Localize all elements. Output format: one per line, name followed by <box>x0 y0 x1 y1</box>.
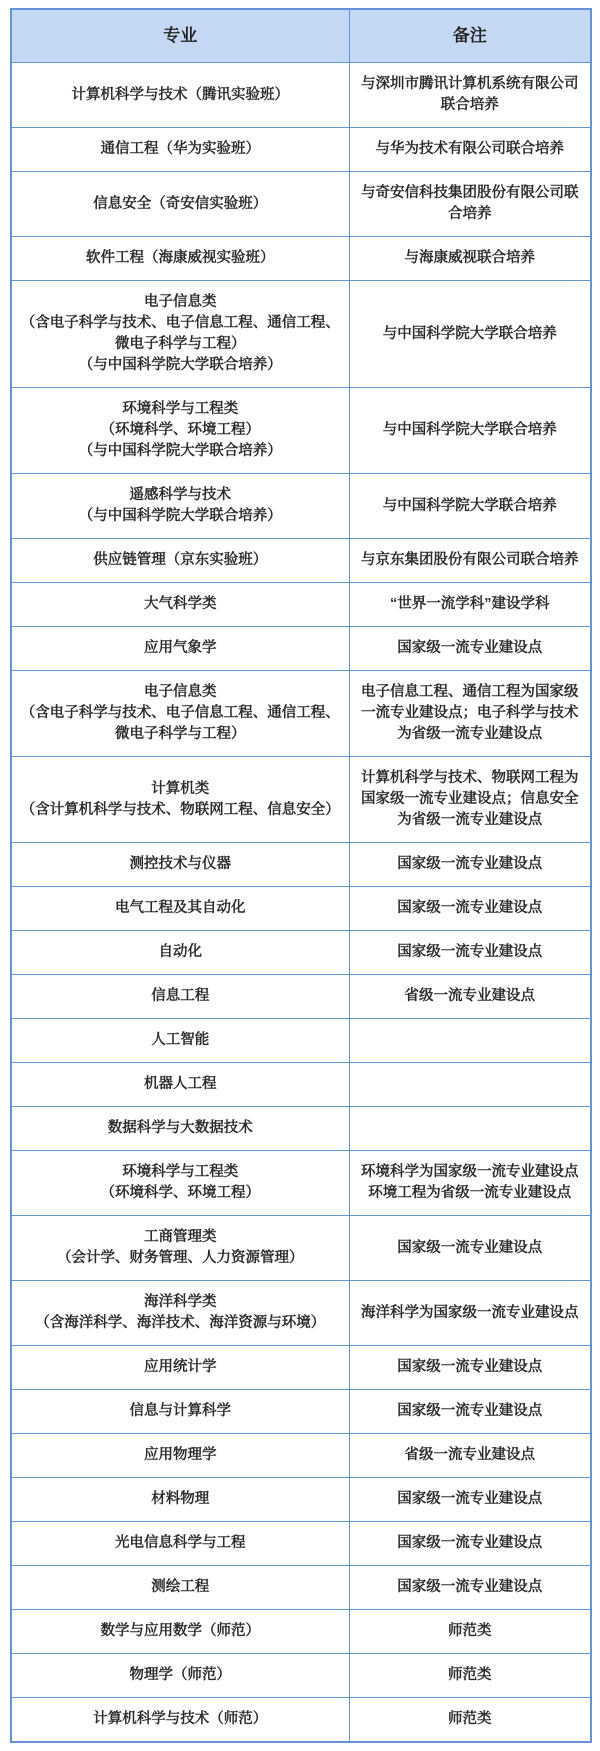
table-row: 机器人工程 <box>11 1063 591 1107</box>
major-cell: 计算机科学与技术（师范） <box>11 1698 349 1743</box>
note-cell: 国家级一流专业建设点 <box>349 1390 591 1434</box>
column-header-note: 备注 <box>349 9 591 63</box>
table-row: 材料物理国家级一流专业建设点 <box>11 1478 591 1522</box>
major-cell: 应用物理学 <box>11 1434 349 1478</box>
table-row: 电子信息类 （含电子科学与技术、电子信息工程、通信工程、 微电子科学与工程）电子… <box>11 671 591 757</box>
table-row: 光电信息科学与工程国家级一流专业建设点 <box>11 1522 591 1566</box>
major-cell: 光电信息科学与工程 <box>11 1522 349 1566</box>
table-row: 应用统计学国家级一流专业建设点 <box>11 1346 591 1390</box>
table-row: 电子信息类 （含电子科学与技术、电子信息工程、通信工程、 微电子科学与工程） （… <box>11 281 591 388</box>
note-cell: 国家级一流专业建设点 <box>349 1566 591 1610</box>
major-cell: 测绘工程 <box>11 1566 349 1610</box>
table-row: 测绘工程国家级一流专业建设点 <box>11 1566 591 1610</box>
note-cell: 与奇安信科技集团股份有限公司联合培养 <box>349 172 591 237</box>
major-cell: 材料物理 <box>11 1478 349 1522</box>
note-cell: 师范类 <box>349 1654 591 1698</box>
table-row: 计算机类 （含计算机科学与技术、物联网工程、信息安全）计算机科学与技术、物联网工… <box>11 757 591 843</box>
major-cell: 电气工程及其自动化 <box>11 887 349 931</box>
table-row: 电气工程及其自动化国家级一流专业建设点 <box>11 887 591 931</box>
table-row: 测控技术与仪器国家级一流专业建设点 <box>11 843 591 887</box>
column-header-major: 专业 <box>11 9 349 63</box>
major-cell: 工商管理类 （会计学、财务管理、人力资源管理） <box>11 1216 349 1281</box>
note-cell: 省级一流专业建设点 <box>349 975 591 1019</box>
note-cell: 海洋科学为国家级一流专业建设点 <box>349 1281 591 1346</box>
majors-table: 专业 备注 计算机科学与技术（腾讯实验班）与深圳市腾讯计算机系统有限公司联合培养… <box>10 8 592 1743</box>
table-row: 计算机科学与技术（师范）师范类 <box>11 1698 591 1743</box>
major-cell: 人工智能 <box>11 1019 349 1063</box>
table-row: 大气科学类“世界一流学科”建设学科 <box>11 583 591 627</box>
major-cell: 信息安全（奇安信实验班） <box>11 172 349 237</box>
note-cell: 国家级一流专业建设点 <box>349 887 591 931</box>
table-row: 工商管理类 （会计学、财务管理、人力资源管理）国家级一流专业建设点 <box>11 1216 591 1281</box>
major-cell: 自动化 <box>11 931 349 975</box>
note-cell: 与中国科学院大学联合培养 <box>349 281 591 388</box>
major-cell: 信息工程 <box>11 975 349 1019</box>
table-row: 自动化国家级一流专业建设点 <box>11 931 591 975</box>
major-cell: 大气科学类 <box>11 583 349 627</box>
note-cell: 计算机科学与技术、物联网工程为国家级一流专业建设点；信息安全为省级一流专业建设点 <box>349 757 591 843</box>
majors-table-container: 专业 备注 计算机科学与技术（腾讯实验班）与深圳市腾讯计算机系统有限公司联合培养… <box>0 0 600 1751</box>
note-cell <box>349 1019 591 1063</box>
table-row: 通信工程（华为实验班）与华为技术有限公司联合培养 <box>11 128 591 172</box>
note-cell: 国家级一流专业建设点 <box>349 931 591 975</box>
note-cell: 与京东集团股份有限公司联合培养 <box>349 539 591 583</box>
majors-table-body: 计算机科学与技术（腾讯实验班）与深圳市腾讯计算机系统有限公司联合培养通信工程（华… <box>11 63 591 1743</box>
major-cell: 电子信息类 （含电子科学与技术、电子信息工程、通信工程、 微电子科学与工程） <box>11 671 349 757</box>
note-cell: 与深圳市腾讯计算机系统有限公司联合培养 <box>349 63 591 128</box>
major-cell: 环境科学与工程类 （环境科学、环境工程） （与中国科学院大学联合培养） <box>11 388 349 474</box>
table-row: 计算机科学与技术（腾讯实验班）与深圳市腾讯计算机系统有限公司联合培养 <box>11 63 591 128</box>
note-cell: 国家级一流专业建设点 <box>349 1216 591 1281</box>
table-row: 数学与应用数学（师范）师范类 <box>11 1610 591 1654</box>
table-row: 信息工程省级一流专业建设点 <box>11 975 591 1019</box>
note-cell: 师范类 <box>349 1698 591 1743</box>
major-cell: 测控技术与仪器 <box>11 843 349 887</box>
note-cell: 国家级一流专业建设点 <box>349 627 591 671</box>
major-cell: 通信工程（华为实验班） <box>11 128 349 172</box>
major-cell: 物理学（师范） <box>11 1654 349 1698</box>
major-cell: 环境科学与工程类 （环境科学、环境工程） <box>11 1151 349 1216</box>
table-row: 应用物理学省级一流专业建设点 <box>11 1434 591 1478</box>
note-cell: 师范类 <box>349 1610 591 1654</box>
major-cell: 应用气象学 <box>11 627 349 671</box>
major-cell: 数学与应用数学（师范） <box>11 1610 349 1654</box>
major-cell: 计算机类 （含计算机科学与技术、物联网工程、信息安全） <box>11 757 349 843</box>
major-cell: 供应链管理（京东实验班） <box>11 539 349 583</box>
note-cell <box>349 1063 591 1107</box>
table-row: 环境科学与工程类 （环境科学、环境工程） （与中国科学院大学联合培养）与中国科学… <box>11 388 591 474</box>
note-cell: 与中国科学院大学联合培养 <box>349 388 591 474</box>
note-cell <box>349 1107 591 1151</box>
note-cell: 与海康威视联合培养 <box>349 237 591 281</box>
table-row: 信息安全（奇安信实验班）与奇安信科技集团股份有限公司联合培养 <box>11 172 591 237</box>
note-cell: 国家级一流专业建设点 <box>349 1346 591 1390</box>
table-row: 应用气象学国家级一流专业建设点 <box>11 627 591 671</box>
major-cell: 海洋科学类 （含海洋科学、海洋技术、海洋资源与环境） <box>11 1281 349 1346</box>
table-row: 遥感科学与技术 （与中国科学院大学联合培养）与中国科学院大学联合培养 <box>11 474 591 539</box>
major-cell: 电子信息类 （含电子科学与技术、电子信息工程、通信工程、 微电子科学与工程） （… <box>11 281 349 388</box>
note-cell: 电子信息工程、通信工程为国家级一流专业建设点；电子科学与技术为省级一流专业建设点 <box>349 671 591 757</box>
major-cell: 计算机科学与技术（腾讯实验班） <box>11 63 349 128</box>
major-cell: 软件工程（海康威视实验班） <box>11 237 349 281</box>
major-cell: 数据科学与大数据技术 <box>11 1107 349 1151</box>
note-cell: 与中国科学院大学联合培养 <box>349 474 591 539</box>
table-row: 信息与计算科学国家级一流专业建设点 <box>11 1390 591 1434</box>
note-cell: 省级一流专业建设点 <box>349 1434 591 1478</box>
table-row: 数据科学与大数据技术 <box>11 1107 591 1151</box>
major-cell: 遥感科学与技术 （与中国科学院大学联合培养） <box>11 474 349 539</box>
note-cell: 国家级一流专业建设点 <box>349 1522 591 1566</box>
note-cell: 国家级一流专业建设点 <box>349 1478 591 1522</box>
table-row: 软件工程（海康威视实验班）与海康威视联合培养 <box>11 237 591 281</box>
majors-table-header: 专业 备注 <box>11 9 591 63</box>
major-cell: 信息与计算科学 <box>11 1390 349 1434</box>
table-row: 人工智能 <box>11 1019 591 1063</box>
header-row: 专业 备注 <box>11 9 591 63</box>
major-cell: 应用统计学 <box>11 1346 349 1390</box>
note-cell: 环境科学为国家级一流专业建设点 环境工程为省级一流专业建设点 <box>349 1151 591 1216</box>
note-cell: 与华为技术有限公司联合培养 <box>349 128 591 172</box>
table-row: 供应链管理（京东实验班）与京东集团股份有限公司联合培养 <box>11 539 591 583</box>
note-cell: 国家级一流专业建设点 <box>349 843 591 887</box>
major-cell: 机器人工程 <box>11 1063 349 1107</box>
note-cell: “世界一流学科”建设学科 <box>349 583 591 627</box>
table-row: 物理学（师范）师范类 <box>11 1654 591 1698</box>
table-row: 环境科学与工程类 （环境科学、环境工程）环境科学为国家级一流专业建设点 环境工程… <box>11 1151 591 1216</box>
table-row: 海洋科学类 （含海洋科学、海洋技术、海洋资源与环境）海洋科学为国家级一流专业建设… <box>11 1281 591 1346</box>
